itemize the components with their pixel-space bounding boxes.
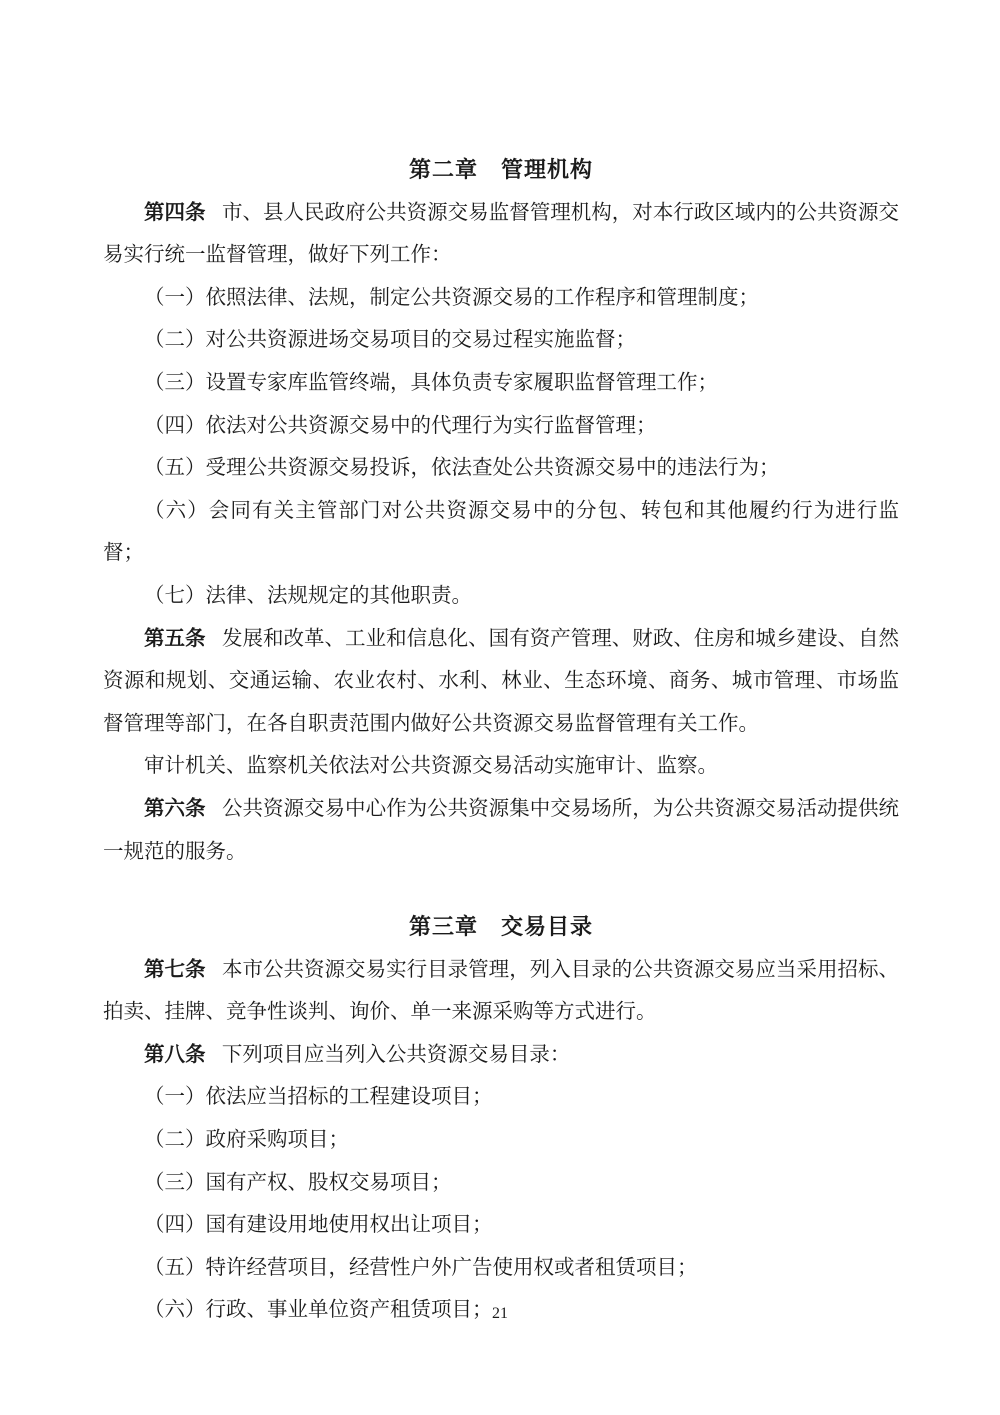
article-5: 第五条发展和改革、工业和信息化、国有资产管理、财政、住房和城乡建设、自然资源和规… <box>103 618 899 746</box>
article-8-item-1: （一）依法应当招标的工程建设项目； <box>103 1076 899 1119</box>
article-7: 第七条本市公共资源交易实行目录管理，列入目录的公共资源交易应当采用招标、拍卖、挂… <box>103 949 899 1034</box>
article-4-item-2: （二）对公共资源进场交易项目的交易过程实施监督； <box>103 319 899 362</box>
article-4: 第四条市、县人民政府公共资源交易监督管理机构，对本行政区域内的公共资源交易实行统… <box>103 192 899 277</box>
article-4-item-5: （五）受理公共资源交易投诉，依法查处公共资源交易中的违法行为； <box>103 447 899 490</box>
article-5-number: 第五条 <box>144 627 206 650</box>
article-4-item-1: （一）依照法律、法规，制定公共资源交易的工作程序和管理制度； <box>103 277 899 320</box>
article-6-text: 公共资源交易中心作为公共资源集中交易场所，为公共资源交易活动提供统一规范的服务。 <box>103 798 899 863</box>
article-5-text: 发展和改革、工业和信息化、国有资产管理、财政、住房和城乡建设、自然资源和规划、交… <box>103 628 899 735</box>
article-4-item-4: （四）依法对公共资源交易中的代理行为实行监督管理； <box>103 405 899 448</box>
article-8-item-2: （二）政府采购项目； <box>103 1119 899 1162</box>
article-4-text: 市、县人民政府公共资源交易监督管理机构，对本行政区域内的公共资源交易实行统一监督… <box>103 202 899 267</box>
article-5-paragraph-2: 审计机关、监察机关依法对公共资源交易活动实施审计、监察。 <box>103 745 899 788</box>
article-6: 第六条公共资源交易中心作为公共资源集中交易场所，为公共资源交易活动提供统一规范的… <box>103 788 899 873</box>
article-8-item-4: （四）国有建设用地使用权出让项目； <box>103 1204 899 1247</box>
article-4-item-6: （六）会同有关主管部门对公共资源交易中的分包、转包和其他履约行为进行监督； <box>103 490 899 575</box>
article-6-number: 第六条 <box>144 797 206 820</box>
page-number: 21 <box>0 1305 1000 1323</box>
article-8-number: 第八条 <box>144 1043 206 1066</box>
chapter-2-heading: 第二章 管理机构 <box>103 149 899 192</box>
article-8-item-3: （三）国有产权、股权交易项目； <box>103 1162 899 1205</box>
document-page: 第二章 管理机构 第四条市、县人民政府公共资源交易监督管理机构，对本行政区域内的… <box>0 0 1000 1415</box>
chapter-3-heading: 第三章 交易目录 <box>103 906 899 949</box>
article-7-number: 第七条 <box>144 958 206 981</box>
article-4-item-3: （三）设置专家库监管终端，具体负责专家履职监督管理工作； <box>103 362 899 405</box>
article-8-item-5: （五）特许经营项目，经营性户外广告使用权或者租赁项目； <box>103 1247 899 1290</box>
article-8: 第八条下列项目应当列入公共资源交易目录： <box>103 1034 899 1077</box>
article-4-item-7: （七）法律、法规规定的其他职责。 <box>103 575 899 618</box>
article-7-text: 本市公共资源交易实行目录管理，列入目录的公共资源交易应当采用招标、拍卖、挂牌、竞… <box>103 959 899 1024</box>
article-8-text: 下列项目应当列入公共资源交易目录： <box>222 1044 571 1066</box>
document-body: 第二章 管理机构 第四条市、县人民政府公共资源交易监督管理机构，对本行政区域内的… <box>103 149 899 1332</box>
article-4-number: 第四条 <box>144 201 206 224</box>
